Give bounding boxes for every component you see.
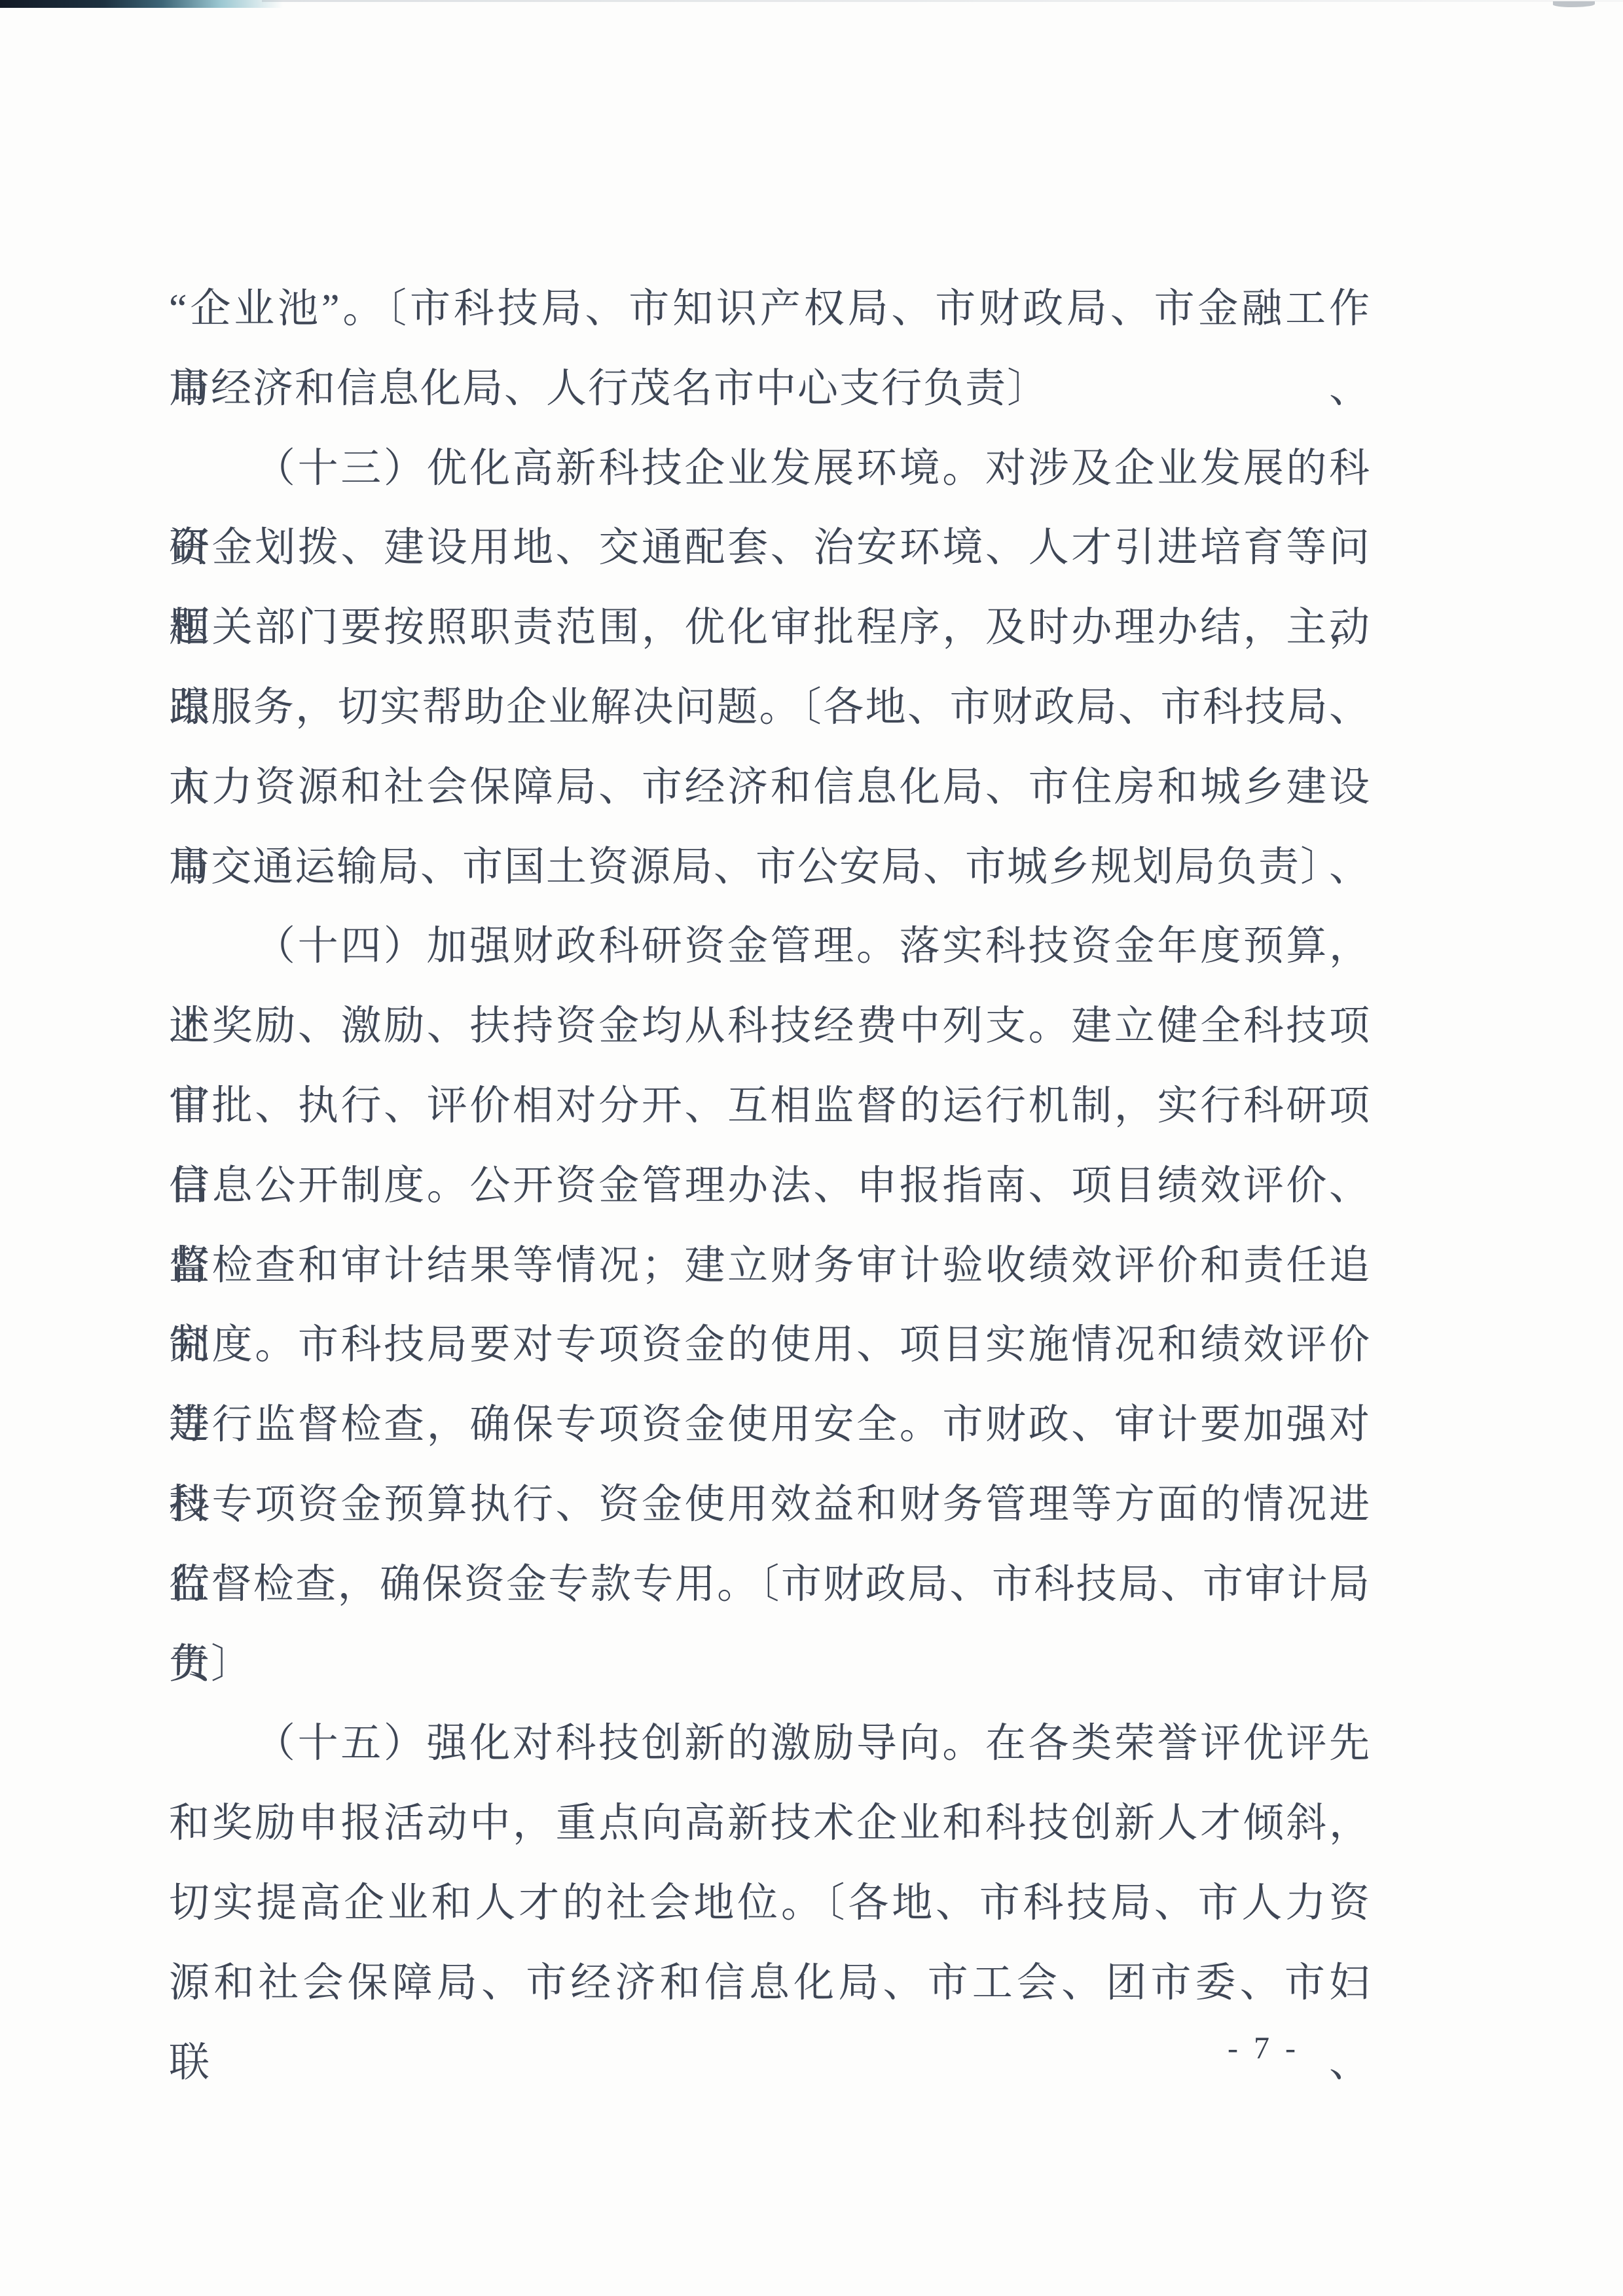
scan-edge-artifact-left xyxy=(0,0,295,8)
text-line-section-13-heading: （十三）优化高新科技企业发展环境。对涉及企业发展的科研 xyxy=(169,429,1371,509)
text-line: 述奖励、激励、扶持资金均从科技经费中列支。建立健全科技项目 xyxy=(169,987,1371,1067)
text-line: 切实提高企业和人才的社会地位。〔各地、市科技局、市人力资 xyxy=(169,1864,1371,1944)
text-line: 人力资源和社会保障局、市经济和信息化局、市住房和城乡建设局、 xyxy=(169,748,1371,828)
document-body: “企业池”。〔市科技局、市知识产权局、市财政局、市金融工作局、 市经济和信息化局… xyxy=(169,270,1371,2024)
text-line: 审批、执行、评价相对分开、互相监督的运行机制，实行科研项目 xyxy=(169,1067,1371,1147)
text-line: 源和社会保障局、市经济和信息化局、市工会、团市委、市妇联、 xyxy=(169,1944,1371,2024)
text-line: 监督检查，确保资金专款专用。〔市财政局、市科技局、市审计局负 xyxy=(169,1545,1371,1625)
text-line: 制度。市科技局要对专项资金的使用、项目实施情况和绩效评价等 xyxy=(169,1306,1371,1386)
text-line: 踪服务，切实帮助企业解决问题。〔各地、市财政局、市科技局、市 xyxy=(169,668,1371,748)
text-line-section-15-heading: （十五）强化对科技创新的激励导向。在各类荣誉评优评先 xyxy=(169,1704,1371,1784)
scan-edge-artifact-line xyxy=(262,0,1623,2)
text-line: 和奖励申报活动中，重点向高新技术企业和科技创新人才倾斜， xyxy=(169,1784,1371,1864)
text-line: 相关部门要按照职责范围，优化审批程序，及时办理办结，主动跟 xyxy=(169,588,1371,668)
text-line: 市交通运输局、市国土资源局、市公安局、市城乡规划局负责〕 xyxy=(169,828,1371,908)
text-line: 信息公开制度。公开资金管理办法、申报指南、项目绩效评价、监 xyxy=(169,1147,1371,1227)
text-line: 技专项资金预算执行、资金使用效益和财务管理等方面的情况进行 xyxy=(169,1465,1371,1545)
text-line: “企业池”。〔市科技局、市知识产权局、市财政局、市金融工作局、 xyxy=(169,270,1371,350)
text-line: 进行监督检查，确保专项资金使用安全。市财政、审计要加强对科 xyxy=(169,1386,1371,1465)
text-line-section-14-heading: （十四）加强财政科研资金管理。落实科技资金年度预算，上 xyxy=(169,907,1371,987)
page-number: - 7 - xyxy=(1185,2017,1342,2080)
text-line: 督检查和审计结果等情况；建立财务审计验收绩效评价和责任追究 xyxy=(169,1227,1371,1306)
text-line: 资金划拨、建设用地、交通配套、治安环境、人才引进培育等问题， xyxy=(169,509,1371,588)
text-line: 责〕 xyxy=(169,1625,1371,1705)
scanned-document-page: “企业池”。〔市科技局、市知识产权局、市财政局、市金融工作局、 市经济和信息化局… xyxy=(0,0,1623,2296)
scan-edge-artifact-right xyxy=(1553,1,1595,7)
